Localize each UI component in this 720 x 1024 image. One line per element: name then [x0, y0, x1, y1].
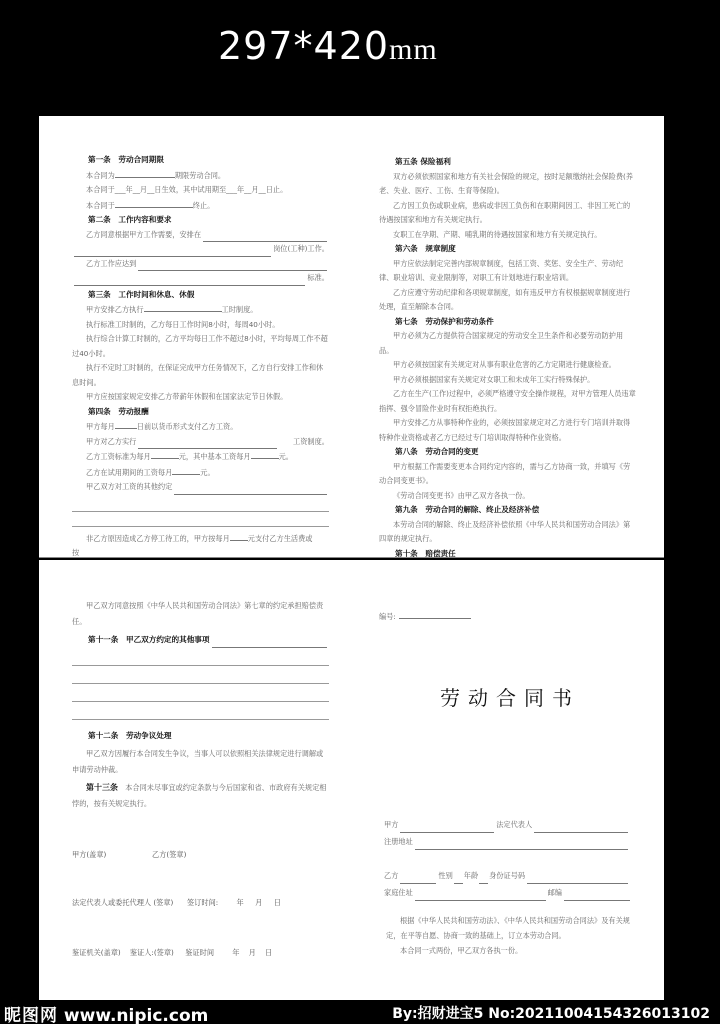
party-a-blank[interactable] — [400, 822, 494, 833]
art3-line5: 甲方应按国家规定安排乙方带薪年休假和在国家法定节日休假。 — [72, 390, 329, 405]
watermark-bar: 昵图网 www.nipic.com By:招财进宝5 No:2021100415… — [0, 1000, 720, 1024]
art3-line2: 执行标准工时制的，乙方每日工作时间8小时，每周40小时。 — [72, 318, 329, 333]
art7-p4: 乙方在生产(工作)过程中，必须严格遵守安全操作规程，对甲方管理人员违章指挥、强令… — [379, 387, 637, 416]
watermark-site: 昵图网 www.nipic.com — [4, 1001, 208, 1024]
cover-intro: 根据《中华人民共和国劳动法》、《中华人民共和国劳动合同法》及有关规定，在平等自愿… — [386, 913, 640, 958]
signature-row-2: 法定代表人或委托代理人 (签章) 签订时间: 年 月 日 — [72, 898, 281, 908]
postcode-blank[interactable] — [564, 891, 630, 901]
art13-p1: 第十三条 本合同未尽事宜或约定条款与今后国家和省、市政府有关规定相悖的，按有关规… — [72, 780, 329, 812]
age-blank[interactable] — [479, 874, 488, 884]
paper-size-label: 297*420mm — [218, 24, 438, 68]
standard-blank[interactable] — [138, 260, 327, 271]
base-wage-blank[interactable] — [251, 449, 279, 459]
art1-line1: 本合同为期限劳动合同。 — [72, 168, 329, 184]
article-1-title: 第一条 劳动合同期限 — [72, 153, 329, 168]
bottom-left-column: 甲乙双方同意按照《中华人民共和国劳动合同法》第七章的约定承担赔偿责任。 第十一条… — [72, 598, 329, 812]
art2-line4: 标准。 — [72, 271, 329, 286]
other-matters-blank[interactable] — [212, 637, 328, 648]
watermark-credit: By:招财进宝5 No:20211004154326013102 — [392, 1003, 710, 1023]
art7-p3: 甲方必须根据国家有关规定对女职工和未成年工实行特殊保护。 — [379, 373, 637, 388]
art3-line1: 甲方安排乙方执行工时制度。 — [72, 302, 329, 318]
art6-p2: 乙方应遵守劳动纪律和各项规章制度，如有违反甲方有权根据规章制度进行处理，直至解除… — [379, 286, 637, 315]
site-url: www.nipic.com — [64, 1006, 208, 1024]
article-2-title: 第二条 工作内容和要求 — [72, 213, 329, 228]
blank-line[interactable] — [72, 512, 329, 527]
article-5-title: 第五条 保险福利 — [379, 155, 637, 170]
wage-system-blank[interactable] — [138, 438, 277, 449]
party-a-row: 甲方法定代表人 — [384, 816, 630, 833]
art7-p1: 甲方必须为乙方提供符合国家规定的劳动安全卫生条件和必要劳动防护用品。 — [379, 329, 637, 358]
end-date-blank[interactable] — [115, 198, 193, 208]
position-blank-2[interactable] — [74, 246, 271, 257]
art12-p1: 甲乙双方因履行本合同发生争议，当事人可以依照相关法律规定进行调解或申请劳动仲裁。 — [72, 746, 329, 778]
home-address-blank[interactable] — [415, 890, 546, 901]
art4-line7: 按 — [72, 546, 329, 561]
art2-line1: 乙方同意根据甲方工作需要，安排在 — [72, 228, 329, 243]
article-9-title: 第九条 劳动合同的解除、终止及经济补偿 — [379, 503, 637, 518]
art9-p1: 本劳动合同的解除、终止及经济补偿依照《中华人民共和国劳动合同法》第四章的规定执行… — [379, 518, 637, 547]
art7-p2: 甲方必须按国家有关规定对从事有职业危害的乙方定期进行健康检查。 — [379, 358, 637, 373]
article-13-title: 第十三条 — [86, 783, 118, 792]
art6-p1: 甲方应依法制定完善内部规章制度，包括工资、奖惩、安全生产、劳动纪律、职业培训、竞… — [379, 257, 637, 286]
monthly-wage-blank[interactable] — [151, 449, 179, 459]
art4-line1: 甲方每月日前以货币形式支付乙方工资。 — [72, 419, 329, 435]
article-11-row: 第十一条 甲乙双方约定的其他事项 — [72, 632, 329, 648]
art7-p5: 甲方安排乙方从事特种作业的，必须按国家规定对乙方进行专门培训并取得特种作业资格或… — [379, 416, 637, 445]
other-wage-terms-blank[interactable] — [174, 484, 327, 495]
signature-row-1: 甲方(盖章) 乙方(签章) — [72, 850, 186, 860]
article-10-title: 第十条 赔偿责任 — [379, 547, 637, 562]
intro-p1: 根据《中华人民共和国劳动法》、《中华人民共和国劳动合同法》及有关规定，在平等自愿… — [386, 913, 640, 943]
reg-address-blank[interactable] — [415, 839, 628, 850]
site-name: 昵图网 — [4, 1006, 58, 1024]
art5-p1: 双方必须依照国家和地方有关社会保险的规定，按时足额缴纳社会保险费(养老、失业、医… — [379, 170, 637, 199]
paper-size-value: 297*420 — [218, 24, 389, 68]
signature-row-3: 鉴证机关(盖章) 鉴证人:(签章) 鉴证时间 年 月 日 — [72, 948, 272, 958]
contract-number-label: 编号: — [379, 612, 396, 621]
top-right-column: 第五条 保险福利 双方必须依照国家和地方有关社会保险的规定，按时足额缴纳社会保险… — [379, 155, 637, 561]
blank-line[interactable] — [72, 497, 329, 512]
art4-line3: 乙方工资标准为每月元，其中基本工资每月元。 — [72, 449, 329, 465]
article-12-title: 第十二条 劳动争议处理 — [72, 728, 329, 744]
blank-line[interactable] — [72, 684, 329, 702]
article-4-title: 第四条 劳动报酬 — [72, 405, 329, 420]
art5-p3: 女职工在孕期、产期、哺乳期的待遇按国家和地方有关规定执行。 — [379, 228, 637, 243]
blank-line[interactable] — [72, 666, 329, 684]
art1-line3: 本合同于终止。 — [72, 198, 329, 214]
party-b-row: 乙方性别年龄身份证号码 — [384, 867, 630, 884]
standard-ref-blank[interactable] — [81, 550, 327, 561]
blank-line[interactable] — [72, 702, 329, 720]
party-info: 甲方法定代表人 注册地址 乙方性别年龄身份证号码 家庭住址邮编 — [384, 816, 630, 901]
legal-rep-blank[interactable] — [534, 822, 628, 833]
standard-blank-2[interactable] — [74, 275, 305, 286]
art2-line2: 岗位(工种)工作。 — [72, 242, 329, 257]
art8-p1: 甲方根据工作需要变更本合同约定内容的，需与乙方协商一致，并填写《劳动合同变更书》… — [379, 460, 637, 489]
contract-number-blank[interactable] — [399, 609, 471, 619]
gender-blank[interactable] — [454, 874, 463, 884]
contract-number-row: 编号: — [379, 609, 471, 625]
art2-line3: 乙方工作应达到 — [72, 257, 329, 272]
art4-line4: 乙方在试用期间的工资每月元。 — [72, 465, 329, 481]
art4-line2: 甲方对乙方实行工资制度。 — [72, 435, 329, 450]
party-b-blank[interactable] — [400, 874, 436, 884]
pay-day-blank[interactable] — [115, 419, 137, 429]
art5-p2: 乙方因工负伤或职业病，患病或非因工负伤和在职期间因工、非因工死亡的待遇按国家和地… — [379, 199, 637, 228]
art10-p1: 甲乙双方同意按照《中华人民共和国劳动合同法》第七章的约定承担赔偿责任。 — [72, 598, 329, 630]
id-number-blank[interactable] — [527, 873, 628, 884]
home-address-row: 家庭住址邮编 — [384, 884, 630, 901]
intro-p2: 本合同一式两份，甲乙双方各执一份。 — [386, 943, 640, 958]
art8-p2: 《劳动合同变更书》由甲乙双方各执一份。 — [379, 489, 637, 504]
article-3-title: 第三条 工作时间和休息、休假 — [72, 288, 329, 303]
art4-line5: 甲乙双方对工资的其他约定 — [72, 480, 329, 495]
term-type-blank[interactable] — [115, 168, 175, 178]
article-6-title: 第六条 规章制度 — [379, 242, 637, 257]
living-allowance-blank[interactable] — [230, 531, 248, 541]
top-left-column: 第一条 劳动合同期限 本合同为期限劳动合同。 本合同于___年__月__日生效，… — [72, 153, 329, 575]
art4-line6: 非乙方原因造成乙方停工待工的，甲方按每月元支付乙方生活费或 — [72, 531, 329, 547]
art3-line3: 执行综合计算工时制的，乙方平均每日工作不超过8小时，平均每周工作不超过40小时。 — [72, 332, 329, 361]
hours-system-blank[interactable] — [144, 302, 222, 312]
cover-title: 劳动合同书 — [440, 682, 580, 711]
article-8-title: 第八条 劳动合同的变更 — [379, 445, 637, 460]
article-11-title: 第十一条 甲乙双方约定的其他事项 — [88, 632, 210, 648]
art1-line2: 本合同于___年__月__日生效，其中试用期至___年__月__日止。 — [72, 183, 329, 198]
blank-line[interactable] — [72, 648, 329, 666]
position-blank[interactable] — [203, 231, 327, 242]
probation-wage-blank[interactable] — [172, 465, 200, 475]
paper-size-unit: mm — [389, 33, 438, 66]
article-7-title: 第七条 劳动保护和劳动条件 — [379, 315, 637, 330]
art3-line4: 执行不定时工时制的，在保证完成甲方任务情况下，乙方自行安排工作和休息时间。 — [72, 361, 329, 390]
reg-address-row: 注册地址 — [384, 833, 630, 850]
